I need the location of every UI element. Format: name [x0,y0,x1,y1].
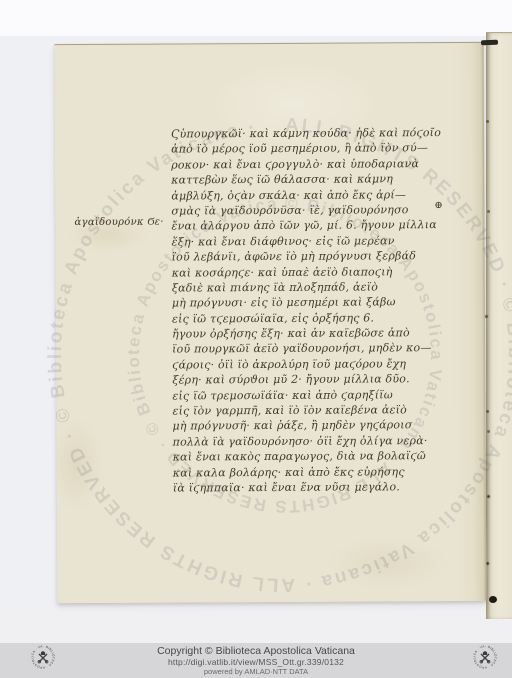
seal-ring-text-right: · BIBLIOTECA · APOSTOLICA · VATICANA [472,644,498,670]
background-lower [0,600,512,643]
manuscript-text: Ϛὑπουργκῶϊ· καὶ κάμνη κούδα· ἠδὲ καὶ πόϛ… [171,125,475,496]
footer-source-url: http://digi.vatlib.it/view/MSS_Ott.gr.33… [0,657,512,667]
manuscript-line: εἰς ϊῶ τρεμοσωϊάϊα· καὶ ἀπὸ ϛαρηξίϊω [172,387,474,404]
manuscript-line: καὶ ἔναι κακὸς παραγωγος, διὰ να βολαϊϛῶ [173,448,475,465]
manuscript-line: καττεβὼν ἕως ϊῶ θάλασσα· καὶ κάμνη [171,171,473,188]
manuscript-line: μὴ πρόγνυσῆ· καὶ ῥάξε, ἢ μηδὲν γηϛάροισ [173,417,475,434]
manuscript-line: εἰς ϊῶ τϛεμοσώϊαϊα, εἰς ὀρξήσης 6. [172,310,474,327]
gutter-ink-mark-top [481,40,498,46]
manuscript-line: πολλὰ ϊὰ γαϊδουρόνησο· ὁϊὶ ἔχη ὀλίγα νερ… [173,433,475,450]
svg-text:· BIBLIOTECA · APOSTOLICA · VA: · BIBLIOTECA · APOSTOLICA · VATICANA [30,644,56,670]
manuscript-line: ἀπὸ ϊὸ μέρος ϊοῦ μεσημέριου, ἢ ἀπὸ ϊὸν σ… [171,140,473,157]
manuscript-line: μὴ πρόγνυσι· εἰς ϊὸ μεσημέρι καὶ ξάβω [172,294,474,311]
facing-page-edge [486,32,512,619]
footer-copyright-text: Copyright © Biblioteca Apostolica Vatica… [0,643,512,657]
manuscript-line: ἔναι ἀλάργου ἀπὸ ϊῶν γῶ, μί. 6. ἤγουν μί… [171,217,473,234]
vatican-seal-icon-right: · BIBLIOTECA · APOSTOLICA · VATICANA [472,644,498,670]
vatican-seal-icon-left: · BIBLIOTECA · APOSTOLICA · VATICANA [30,644,56,670]
manuscript-line: καὶ κοσάρηϛε· καὶ ὑπαὲ ἀεϊὸ διαποϛιὴ [172,263,474,280]
manuscript-line: ϊοῦ λεβάνϊι, ἀφῶνε ϊὸ μὴ πρόγνυσι ξερβάδ [172,248,474,265]
manuscript-line: ξαδιὲ καὶ πιάνης ϊὰ πλοξηπάδ, ἀεϊὸ [172,279,474,296]
binding-fold-speckles [486,120,489,123]
footer-powered-by-text: powered by AMLAD·NTT DATA [0,667,512,677]
manuscript-line: ϛάροις· ὁϊὶ ϊὸ ἀκρολύρη ϊοῦ μαϛόρου ἔχη [172,356,474,373]
manuscript-page: ἁγαϊδουρόνκ Ϭε· ⊕ Ϛὑπουργκῶϊ· καὶ κάμνη … [55,42,487,603]
manuscript-line: ροκον· καὶ ἔναι ϛρογγυλὸ· καὶ ὑποδαριανὰ [171,156,473,173]
manuscript-line: ξέρη· καὶ σύρϑοι μῦ 2· ἤγουν μίλλια δῦο. [172,371,474,388]
manuscript-line: εἰς ϊὸν γαρμπῆ, καὶ ϊὸ ϊὸν καϊεβένα ἀεϊὸ [172,402,474,419]
manuscript-line: ἤγουν ὀρξήσης ἕξη· καὶ ἀν καϊεβῶσε ἀπὸ [172,325,474,342]
manuscript-line: ϊοῦ πουργκῶϊ ἀεϊὸ γαϊδουρονήσι, μηδὲν κο… [172,340,474,357]
gutter-ink-mark-bottom [489,596,497,603]
scan-viewer-page: ἁγαϊδουρόνκ Ϭε· ⊕ Ϛὑπουργκῶϊ· καὶ κάμνη … [0,0,512,678]
manuscript-line: ϊὰ ϊϛηππαϊα· καὶ ἔναι ἕνα νῦσι μεγάλο. [173,479,475,496]
manuscript-line: καὶ καλα βολάρης· καὶ ἀπὸ ἔκς εὑρήσης [173,464,475,481]
manuscript-line: Ϛὑπουργκῶϊ· καὶ κάμνη κούδα· ἠδὲ καὶ πόϛ… [171,125,473,142]
svg-text:· BIBLIOTECA · APOSTOLICA · VA: · BIBLIOTECA · APOSTOLICA · VATICANA [472,644,498,670]
seal-ring-text-left: · BIBLIOTECA · APOSTOLICA · VATICANA [30,644,56,670]
manuscript-line: ἕξη· καὶ ἔναι διάφθινος· εἰς ϊῶ μερέαν [172,233,474,250]
manuscript-line: ἀμβλύξη, ὁϛὰν σκάλα· καὶ ἀπὸ ἔκς ἀρί— [171,186,473,203]
manuscript-line: σμὰς ϊὰ γαϊδουρόνϋσα· ϊὲ, γαϊδουρόνησο [171,202,473,219]
marginal-note: ἁγαϊδουρόνκ Ϭε· [74,217,163,228]
background-top-band [0,0,512,36]
footer-bar: Copyright © Biblioteca Apostolica Vatica… [0,643,512,678]
